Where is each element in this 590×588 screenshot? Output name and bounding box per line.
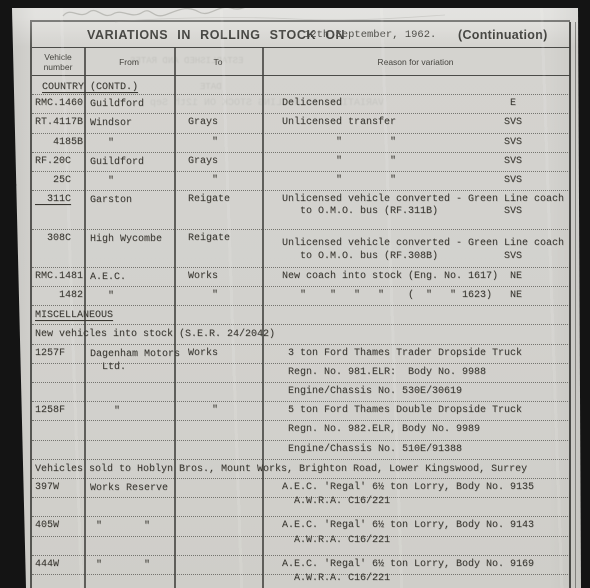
column-header-to: To (174, 48, 262, 75)
reason-line: " " SVS (282, 175, 522, 186)
to-cell: " (188, 175, 218, 186)
section-note-vehicles-sold: Vehicles sold to Hoblyn Bros., Mount Wor… (32, 460, 570, 479)
section-heading-country: COUNTRY (CONTD.) (32, 76, 570, 95)
table-row: RMC.1481 A.E.C. Works New coach into sto… (32, 268, 570, 287)
vehicle-number-cell: 444W (35, 559, 59, 570)
reason-line: Unlicensed vehicle converted - Green Lin… (282, 194, 564, 205)
table-row: RMC.1460 Guildford Delicensed E (32, 95, 570, 114)
from-cell: Guildford (90, 98, 144, 111)
reason-line: Engine/Chassis No. 530E/30619 (282, 386, 462, 397)
reason-line: 3 ton Ford Thames Trader Dropside Truck (282, 348, 522, 359)
column-header-from: From (84, 48, 174, 75)
from-cell: " " (90, 559, 150, 572)
from-cell: A.E.C. (90, 271, 126, 284)
to-cell: Grays (188, 156, 218, 167)
vehicle-number-cell: RMC.1481 (35, 271, 83, 282)
reason-line: Unlicensed transfer SVS (282, 117, 522, 128)
vehicle-number-cell: 4185B (35, 137, 83, 148)
table-header: Vehicle number From To Reason for variat… (32, 47, 570, 76)
to-cell: Grays (188, 117, 218, 128)
column-header-text: Reason for variation (377, 57, 453, 67)
from-cell: " (90, 290, 114, 303)
vehicle-number-cell: 1257F (35, 348, 65, 359)
reason-line: A.E.C. 'Regal' 6½ ton Lorry, Body No. 91… (282, 520, 534, 531)
from-cell: Guildford (90, 156, 144, 169)
table-right-border (569, 22, 571, 588)
from-cell: " " (90, 520, 150, 533)
from-cell: Dagenham Motors Ltd. (90, 348, 180, 374)
from-cell: " (90, 175, 114, 188)
reason-line: to O.M.O. bus (RF.311B) SVS (282, 206, 522, 217)
from-cell: Windsor (90, 117, 132, 130)
column-header-text: From (119, 57, 139, 67)
reason-line: A.E.C. 'Regal' 6½ ton Lorry, Body No. 91… (282, 559, 534, 570)
reason-line: to O.M.O. bus (RF.308B) SVS (282, 251, 522, 262)
table-row: 308C High Wycombe Reigate Unlicensed veh… (32, 230, 570, 268)
typed-date: 12th September, 1962. (304, 29, 436, 41)
scanned-document-page: { "title": { "printed": "VARIATIONS IN R… (0, 0, 590, 588)
column-header-text: Vehicle (44, 52, 71, 62)
continuation-label: (Continuation) (458, 28, 548, 42)
from-cell: " (90, 405, 120, 418)
table-row: 405W " " A.E.C. 'Regal' 6½ ton Lorry, Bo… (32, 517, 570, 555)
table-row: 311C Garston Reigate Unlicensed vehicle … (32, 191, 570, 229)
to-cell: Reigate (188, 233, 230, 244)
vehicle-number-cell: 405W (35, 520, 59, 531)
table-row: RT.4117B Windsor Grays Unlicensed transf… (32, 114, 570, 133)
from-cell: High Wycombe (90, 233, 162, 246)
reason-line: Regn. No. 982.ELR, Body No. 9989 (282, 424, 480, 435)
column-divider (262, 47, 264, 588)
to-cell: " (188, 137, 218, 148)
vehicle-number-cell: 311C (35, 194, 71, 205)
margin-pencil-mark (2, 165, 24, 199)
section-note-text: New vehicles into stock (S.E.R. 24/2042) (35, 329, 275, 340)
reason-line: A.W.R.A. C16/221 (282, 573, 390, 584)
table-row: 4185B " " " " SVS (32, 134, 570, 153)
paper-background: ESTABLISHED AND RATES DATE VARIATIONS IN… (0, 0, 590, 588)
table-row: 1257F Dagenham Motors Ltd. Works 3 ton F… (32, 345, 570, 403)
reason-line: Engine/Chassis No. 510E/91388 (282, 444, 462, 455)
reason-line: A.E.C. 'Regal' 6½ ton Lorry, Body No. 91… (282, 482, 534, 493)
reason-line: Regn. No. 981.ELR: Body No. 9988 (282, 367, 486, 378)
reason-line: " " " " ( " " 1623) NE (282, 290, 522, 301)
reason-line: New coach into stock (Eng. No. 1617) NE (282, 271, 522, 282)
column-header-vehicle-number: Vehicle number (32, 48, 84, 75)
reason-line: A.W.R.A. C16/221 (282, 535, 390, 546)
table-row: 444W " " A.E.C. 'Regal' 6½ ton Lorry, Bo… (32, 556, 570, 588)
column-header-reason: Reason for variation (262, 48, 569, 75)
vehicle-number-cell: RMC.1460 (35, 98, 83, 109)
from-cell: " (90, 137, 114, 150)
reason-line: A.W.R.A. C16/221 (282, 496, 390, 507)
column-header-text: number (44, 62, 73, 72)
reason-line: " " SVS (282, 137, 522, 148)
table-body: COUNTRY (CONTD.) RMC.1460 Guildford Deli… (32, 76, 570, 588)
section-note-new-vehicles: New vehicles into stock (S.E.R. 24/2042) (32, 325, 570, 344)
table-row: 25C " " " " SVS (32, 172, 570, 191)
vehicle-number-cell: 308C (35, 233, 71, 244)
to-cell: Works (188, 271, 218, 282)
vehicle-number-cell: RT.4117B (35, 117, 83, 128)
bleed-through-handwriting (55, 0, 475, 26)
reason-line: Delicensed E (282, 98, 516, 109)
table-row: 1482 " " " " " " ( " " 1623) NE (32, 287, 570, 306)
to-cell: " (188, 290, 218, 301)
column-divider (174, 47, 176, 588)
reason-line: " " SVS (282, 156, 522, 167)
column-header-text: To (214, 57, 223, 67)
reason-line: 5 ton Ford Thames Double Dropside Truck (282, 405, 522, 416)
table-row: 1258F " " 5 ton Ford Thames Double Drops… (32, 402, 570, 460)
table-row: 397W Works Reserve A.E.C. 'Regal' 6½ ton… (32, 479, 570, 517)
rolling-stock-form: VARIATIONS IN ROLLING STOCK ON 12th Sept… (30, 20, 570, 588)
section-note-text: Vehicles sold to Hoblyn Bros., Mount Wor… (35, 464, 527, 475)
from-cell: Works Reserve (90, 482, 168, 495)
reason-line: Unlicensed vehicle converted - Green Lin… (282, 238, 564, 249)
vehicle-number-cell: 25C (35, 175, 71, 186)
vehicle-number-cell: 1258F (35, 405, 65, 416)
from-cell: Garston (90, 194, 132, 207)
vehicle-number-cell: 397W (35, 482, 59, 493)
vehicle-number-cell: 1482 (35, 290, 83, 301)
table-row: RF.20C Guildford Grays " " SVS (32, 153, 570, 172)
to-cell: Works (188, 348, 218, 359)
section-heading-text: COUNTRY (CONTD.) (42, 82, 138, 93)
section-heading-miscellaneous: MISCELLANEOUS (32, 306, 570, 325)
section-heading-text: MISCELLANEOUS (35, 310, 113, 321)
to-cell: " (188, 405, 218, 416)
vehicle-number-cell: RF.20C (35, 156, 71, 167)
outer-right-border (575, 22, 576, 588)
to-cell: Reigate (188, 194, 230, 205)
